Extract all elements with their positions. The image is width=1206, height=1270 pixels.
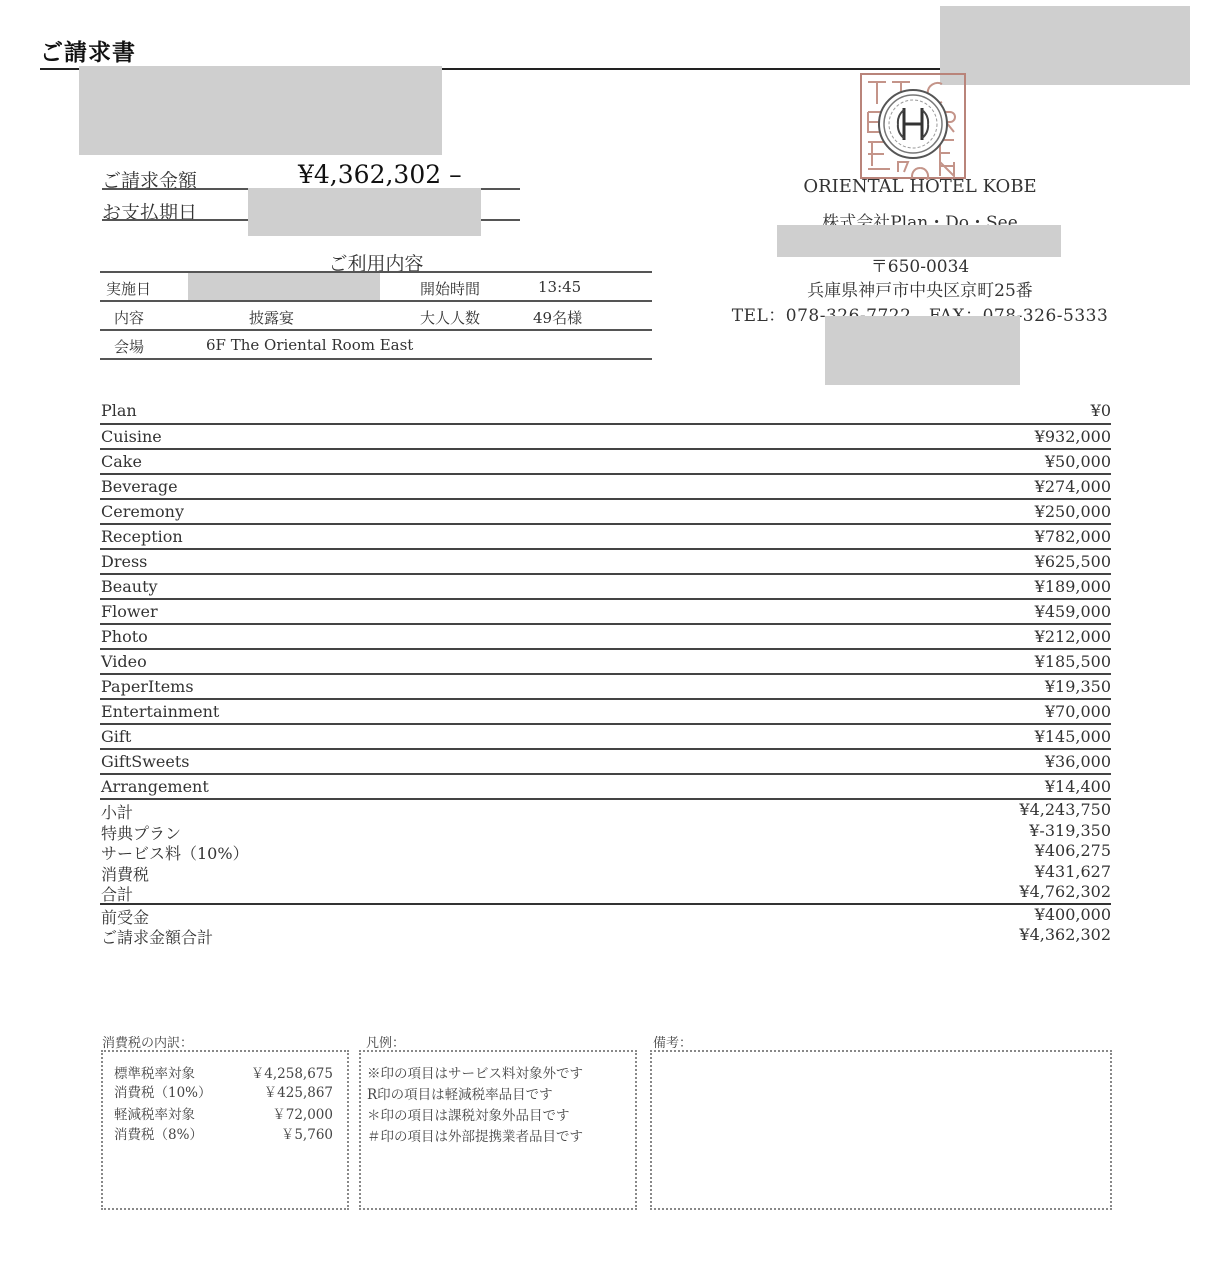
legend-line: ※印の項目はサービス料対象外です (367, 1062, 583, 1082)
legend-box: ※印の項目はサービス料対象外ですR印の項目は軽減税率品目です＊印の項目は課税対象… (359, 1050, 637, 1210)
line-item-row: Arrangement¥14,400 (100, 775, 1111, 800)
line-items-table: Plan¥0Cuisine¥932,000Cake¥50,000Beverage… (100, 399, 1111, 800)
line-item-label: Beauty (101, 577, 158, 596)
line-item-row: Plan¥0 (100, 399, 1111, 425)
total-amount: ¥4,243,750 (1019, 800, 1111, 819)
line-item-amount: ¥189,000 (1035, 577, 1111, 596)
remarks-box (650, 1050, 1112, 1210)
tax-breakdown-label: 消費税の内訳： (102, 1032, 193, 1051)
line-item-amount: ¥14,400 (1045, 777, 1111, 796)
total-row: サービス料（10%）¥406,275 (100, 841, 1111, 862)
remarks-label: 備考： (653, 1032, 692, 1051)
line-item-label: Ceremony (101, 502, 184, 521)
line-item-row: Gift¥145,000 (100, 725, 1111, 750)
line-item-label: Video (101, 652, 147, 671)
tax-breakdown-row-label: 消費税（8%） (114, 1123, 203, 1143)
total-amount: ¥4,762,302 (1019, 882, 1111, 901)
totals-table: 小計¥4,243,750特典プラン¥-319,350サービス料（10%）¥406… (100, 800, 1111, 946)
line-item-label: Photo (101, 627, 148, 646)
total-row: 消費税¥431,627 (100, 862, 1111, 883)
legend-line: ＊印の項目は課税対象外品目です (367, 1104, 570, 1124)
redacted-issuer-block (825, 316, 1020, 385)
total-amount: ¥431,627 (1035, 862, 1111, 881)
tax-breakdown-row-amount: ￥4,258,675 (251, 1062, 333, 1082)
total-row: 特典プラン¥-319,350 (100, 821, 1111, 842)
line-item-amount: ¥250,000 (1035, 502, 1111, 521)
line-item-amount: ¥19,350 (1045, 677, 1111, 696)
line-item-label: Flower (101, 602, 158, 621)
line-item-row: Entertainment¥70,000 (100, 700, 1111, 725)
line-item-row: Flower¥459,000 (100, 600, 1111, 625)
tax-breakdown-row-amount: ￥425,867 (264, 1081, 333, 1101)
usage-row-date: 実施日 開始時間 13:45 (100, 271, 652, 300)
line-item-label: Arrangement (101, 777, 209, 796)
line-item-amount: ¥625,500 (1035, 552, 1111, 571)
line-item-amount: ¥274,000 (1035, 477, 1111, 496)
line-item-row: Ceremony¥250,000 (100, 500, 1111, 525)
billing-amount-value: ¥4,362,302 – (298, 160, 462, 189)
redacted-date (188, 273, 380, 300)
total-amount: ¥-319,350 (1029, 821, 1111, 840)
line-item-label: Gift (101, 727, 131, 746)
total-row: 前受金¥400,000 (100, 905, 1111, 926)
issuer-zip: 〒650-0034 (700, 252, 1140, 277)
line-item-row: Cuisine¥932,000 (100, 425, 1111, 450)
usage-value-start-time: 13:45 (538, 278, 581, 296)
line-item-label: PaperItems (101, 677, 194, 696)
total-row: 小計¥4,243,750 (100, 800, 1111, 821)
legend-line: ＃印の項目は外部提携業者品目です (367, 1125, 583, 1145)
line-item-row: Video¥185,500 (100, 650, 1111, 675)
usage-label-adults: 大人人数 (420, 307, 480, 328)
redacted-recipient (79, 66, 442, 155)
line-item-amount: ¥50,000 (1045, 452, 1111, 471)
line-item-amount: ¥932,000 (1035, 427, 1111, 446)
line-item-amount: ¥145,000 (1035, 727, 1111, 746)
line-item-row: Beverage¥274,000 (100, 475, 1111, 500)
total-label: ご請求金額合計 (101, 925, 213, 948)
line-item-row: GiftSweets¥36,000 (100, 750, 1111, 775)
total-amount: ¥406,275 (1035, 841, 1111, 860)
legend-label: 凡例： (366, 1032, 405, 1051)
line-item-row: Reception¥782,000 (100, 525, 1111, 550)
line-item-label: Cuisine (101, 427, 162, 446)
total-amount: ¥4,362,302 (1019, 925, 1111, 944)
line-item-label: Beverage (101, 477, 178, 496)
line-item-row: Dress¥625,500 (100, 550, 1111, 575)
usage-value-adults: 49名様 (533, 307, 582, 328)
line-item-amount: ¥0 (1091, 401, 1111, 420)
usage-label-start-time: 開始時間 (420, 278, 480, 299)
usage-row-content: 内容 披露宴 大人人数 49名様 (100, 300, 652, 329)
redacted-due-date (248, 188, 481, 236)
usage-row-venue: 会場 6F The Oriental Room East (100, 329, 652, 360)
line-item-label: GiftSweets (101, 752, 189, 771)
tax-breakdown-box: 標準税率対象￥4,258,675消費税（10%）￥425,867軽減税率対象￥7… (101, 1050, 349, 1210)
issuer-address: 兵庫県神戸市中央区京町25番 (700, 276, 1140, 301)
line-item-amount: ¥782,000 (1035, 527, 1111, 546)
line-item-amount: ¥185,500 (1035, 652, 1111, 671)
usage-label-date: 実施日 (106, 278, 151, 299)
line-item-amount: ¥36,000 (1045, 752, 1111, 771)
usage-table: 実施日 開始時間 13:45 内容 披露宴 大人人数 49名様 会場 6F Th… (100, 271, 652, 360)
tax-breakdown-row-label: 標準税率対象 (114, 1062, 195, 1082)
legend-line: R印の項目は軽減税率品目です (367, 1083, 553, 1103)
line-item-row: Photo¥212,000 (100, 625, 1111, 650)
line-item-amount: ¥459,000 (1035, 602, 1111, 621)
line-item-label: Entertainment (101, 702, 219, 721)
line-item-amount: ¥212,000 (1035, 627, 1111, 646)
usage-value-venue: 6F The Oriental Room East (206, 336, 413, 354)
tax-breakdown-row-label: 軽減税率対象 (114, 1103, 195, 1123)
issuer-name: ORIENTAL HOTEL KOBE (700, 176, 1140, 197)
usage-label-content: 内容 (114, 307, 144, 328)
total-row: ご請求金額合計¥4,362,302 (100, 925, 1111, 946)
total-row: 合計¥4,762,302 (100, 882, 1111, 905)
line-item-row: Cake¥50,000 (100, 450, 1111, 475)
tax-breakdown-row-amount: ￥72,000 (272, 1103, 333, 1123)
total-label: 合計 (101, 882, 133, 905)
redacted-block (940, 6, 1190, 85)
line-item-label: Dress (101, 552, 147, 571)
line-item-row: Beauty¥189,000 (100, 575, 1111, 600)
usage-label-venue: 会場 (114, 336, 144, 357)
line-item-amount: ¥70,000 (1045, 702, 1111, 721)
tax-breakdown-row-amount: ￥5,760 (281, 1123, 333, 1143)
hotel-seal-stamp-icon (858, 72, 968, 180)
line-item-label: Reception (101, 527, 183, 546)
line-item-label: Plan (101, 401, 137, 420)
document-title: ご請求書 (40, 34, 136, 67)
usage-value-content: 披露宴 (249, 307, 294, 328)
total-amount: ¥400,000 (1035, 905, 1111, 924)
line-item-row: PaperItems¥19,350 (100, 675, 1111, 700)
tax-breakdown-row-label: 消費税（10%） (114, 1081, 212, 1101)
line-item-label: Cake (101, 452, 142, 471)
